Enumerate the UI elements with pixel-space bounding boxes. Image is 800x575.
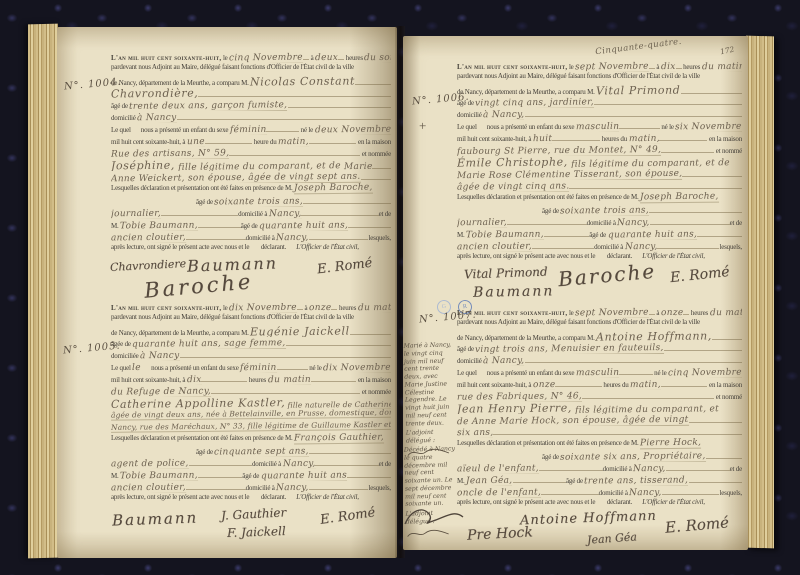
rule-line bbox=[594, 96, 742, 105]
printed-text: heure du bbox=[252, 138, 278, 146]
form-line: agent de police,domicilié à Nancy,et de bbox=[111, 457, 391, 469]
form-line: domicilié à Nancy, bbox=[457, 354, 742, 366]
printed-text: mil huit cent soixante-huit, à bbox=[111, 138, 187, 146]
rule-line bbox=[525, 108, 742, 117]
form-line: journalier,domicilié à Nancy,et de bbox=[457, 216, 742, 228]
printed-text: L'an mil huit cent soixante-huit, bbox=[111, 304, 221, 312]
printed-text: domicilié à bbox=[252, 460, 283, 468]
signature-block: BaumannJ. GauthierE. RoméF. Jaickell bbox=[101, 507, 387, 547]
printed-text: heures du bbox=[600, 135, 628, 143]
handwritten-text: une bbox=[187, 137, 205, 147]
handwritten-text: Nicolas Constant bbox=[250, 75, 355, 87]
form-line: M. Jean Géa,âgé de trente ans, tisserand… bbox=[457, 474, 742, 486]
form-line: après lecture, ont signé le présent acte… bbox=[457, 498, 742, 510]
printed-text: déclarant. bbox=[261, 493, 286, 501]
handwritten-text: soixante trois ans, bbox=[560, 206, 649, 216]
rule-line bbox=[311, 373, 357, 382]
acte-1006: N°. 1006. + L'an mil huit cent soixante-… bbox=[403, 36, 748, 298]
rule-line bbox=[582, 390, 714, 399]
printed-text: Le quel bbox=[111, 126, 131, 134]
printed-text: Le quel bbox=[111, 364, 132, 372]
rule-line bbox=[309, 481, 369, 490]
form-line: Rue des artisans, N° 59, et nommée bbox=[111, 147, 391, 159]
handwritten-text: fille légitime du comparant, et de bbox=[175, 161, 344, 171]
printed-text: domicilié à bbox=[246, 484, 277, 492]
form-line: Jean Henry Pierre, fils légitime du comp… bbox=[457, 402, 742, 414]
handwritten-text: onze bbox=[661, 308, 684, 318]
printed-text: heures bbox=[337, 304, 357, 312]
printed-text: domicilié à bbox=[587, 219, 618, 227]
form-line: pardevant nous Adjoint au Maire, délégué… bbox=[111, 313, 391, 325]
form-line: mil huit cent soixante-huit, à dix heure… bbox=[111, 373, 391, 385]
printed-text: mil huit cent soixante-huit, à bbox=[111, 376, 187, 384]
rule-line bbox=[205, 135, 253, 144]
form-line: Anne Weickert, son épouse, âgée de vingt… bbox=[111, 171, 391, 183]
handwritten-text: Tobie Baumann, bbox=[120, 221, 198, 231]
form-line: domiciliée à Nancy bbox=[111, 349, 391, 361]
rule-line bbox=[659, 132, 707, 141]
printed-text: domicilié bbox=[111, 114, 137, 122]
form-line: Lesquelles déclaration et présentation o… bbox=[457, 192, 742, 204]
handwritten-text: dix bbox=[187, 375, 202, 385]
printed-text: domicilié à bbox=[599, 489, 630, 497]
form-line: âgée de vingt cinq ans. bbox=[457, 180, 742, 192]
printed-text: nous a présenté un enfant du sexe bbox=[487, 123, 576, 131]
printed-text: en la maison bbox=[356, 376, 391, 384]
signature: E. Romé bbox=[669, 264, 730, 286]
page-edges-left bbox=[28, 24, 58, 559]
printed-text: âgé de bbox=[241, 222, 259, 230]
rule-line bbox=[507, 216, 587, 225]
form-line: L'an mil huit cent soixante-huit, le dix… bbox=[111, 301, 391, 313]
rule-line bbox=[229, 147, 360, 156]
handwritten-text: vingt cinq ans, jardinier, bbox=[475, 97, 594, 108]
rule-line bbox=[277, 361, 308, 370]
rule-line bbox=[266, 123, 299, 132]
printed-text: domicilié à bbox=[238, 210, 269, 218]
handwritten-text: faubourg St Pierre, rue du Montet, N° 49… bbox=[457, 145, 661, 156]
form-line: Le quel lenous a présenté un enfant du s… bbox=[111, 361, 391, 373]
signature: E. Romé bbox=[665, 513, 730, 537]
handwritten-text: ancien cloutier, bbox=[111, 483, 186, 493]
handwritten-text: soixante trois ans, bbox=[214, 197, 303, 207]
rule-line bbox=[309, 135, 357, 144]
signature: Jean Géa bbox=[586, 530, 637, 546]
printed-text: heures bbox=[247, 376, 267, 384]
handwritten-text: matin, bbox=[630, 380, 661, 390]
printed-text: M. bbox=[457, 477, 466, 485]
handwritten-text: masculin bbox=[576, 122, 619, 132]
printed-text: Lesquelles déclaration et présentation o… bbox=[111, 434, 294, 442]
printed-text: en la maison bbox=[707, 381, 742, 389]
handwritten-text: agent de police, bbox=[111, 459, 189, 469]
printed-text: de Nancy, département de la Meurthe, a c… bbox=[457, 88, 596, 96]
marriage-margin-note: Marié à Nancy, le vingt cinq juin mil ne… bbox=[403, 341, 458, 458]
handwritten-text: oncle de l'enfant, bbox=[457, 488, 541, 498]
rule-line bbox=[198, 219, 241, 228]
handwritten-text: Marie bbox=[344, 162, 373, 171]
rule-line bbox=[552, 132, 600, 141]
printed-text: lesquels, bbox=[719, 243, 742, 251]
rule-line bbox=[664, 342, 742, 351]
handwritten-text: onze bbox=[309, 303, 332, 313]
rule-line bbox=[619, 366, 652, 375]
signature: E. Romé bbox=[319, 505, 376, 528]
handwritten-text: journalier, bbox=[111, 209, 161, 219]
signature: Pre Hock bbox=[467, 524, 534, 543]
form-line: Le quelnous a présenté un enfant du sexe… bbox=[457, 366, 742, 378]
form-line: rue des Fabriques, N° 46, et nommé bbox=[457, 390, 742, 402]
handwritten-text: Rue des artisans, N° 59, bbox=[111, 148, 229, 159]
rule-line bbox=[355, 76, 391, 85]
handwritten-text: Vital Primond bbox=[596, 84, 681, 96]
form-line: Lesquelles déclaration et présentation o… bbox=[111, 183, 391, 195]
printed-text: Lesquelles déclaration et présentation o… bbox=[457, 193, 640, 201]
printed-text: pardevant nous Adjoint au Maire, délégué… bbox=[457, 72, 700, 80]
form-line: oncle de l'enfant,domicilié à Nancy,lesq… bbox=[457, 486, 742, 498]
rule-line bbox=[288, 99, 391, 108]
form-line: de Nancy, département de la Meurthe, a c… bbox=[111, 75, 391, 87]
form-line: aïeul de l'enfant,domicilié à Nancy,et d… bbox=[457, 462, 742, 474]
rule-line bbox=[347, 469, 391, 478]
handwritten-text: Nancy, bbox=[633, 464, 666, 474]
rule-line bbox=[201, 373, 247, 382]
printed-text: domicilié bbox=[457, 111, 483, 119]
printed-text: lesquels, bbox=[719, 489, 742, 497]
rule-line bbox=[303, 195, 391, 204]
printed-text: domicilié bbox=[457, 357, 483, 365]
rule-line bbox=[662, 486, 720, 495]
form-line: M. Tobie Baumann,âgé de quarante huit an… bbox=[457, 228, 742, 240]
handwritten-text: deux Novembre bbox=[315, 125, 391, 135]
printed-text: heures du bbox=[602, 381, 630, 389]
printed-text: né le bbox=[653, 369, 669, 377]
handwritten-text: rue des Fabriques, N° 46, bbox=[457, 391, 582, 402]
printed-text: âgé de bbox=[196, 198, 214, 206]
printed-text: L'Officier de l'État civil, bbox=[642, 498, 705, 506]
rule-line bbox=[619, 120, 660, 129]
form-line: du Refuge de Nancy, et nommée bbox=[111, 385, 391, 397]
handwritten-text: matin, bbox=[628, 134, 659, 144]
handwritten-text: Nancy, bbox=[276, 233, 309, 243]
handwritten-text: dix bbox=[661, 62, 676, 72]
printed-text: déclarant. bbox=[607, 252, 632, 260]
form-line: pardevant nous Adjoint au Maire, délégué… bbox=[457, 72, 742, 84]
handwritten-text: à Nancy bbox=[137, 113, 177, 123]
form-line: de Nancy, département de la Meurthe, a c… bbox=[457, 84, 742, 96]
form-line: Le quelnous a présenté un enfant du sexe… bbox=[111, 123, 391, 135]
handwritten-text: Anne Weickert, son épouse, âgée de vingt… bbox=[111, 172, 361, 183]
form-line: Nancy, rue des Maréchaux, N° 33, fille l… bbox=[111, 421, 391, 433]
signature: F. Jaickell bbox=[227, 524, 286, 540]
form-line: mil huit cent soixante-huit, à une heure… bbox=[111, 135, 391, 147]
form-line: après lecture, ont signé le présent acte… bbox=[111, 493, 391, 505]
form-line: âgé de soixante six ans, Propriétaire, bbox=[457, 450, 742, 462]
form-line: ancien cloutier,domicilié à Nancy,lesque… bbox=[111, 481, 391, 493]
handwritten-text: ancien cloutier, bbox=[457, 242, 532, 252]
rule-line bbox=[712, 331, 742, 340]
printed-text: Le quel bbox=[457, 369, 477, 377]
form-line: âgé de soixante trois ans, bbox=[111, 195, 391, 207]
printed-text: âgé de bbox=[542, 207, 560, 215]
printed-text: domiciliée bbox=[111, 352, 140, 360]
handwritten-text: du matin, bbox=[702, 62, 742, 72]
form-line: domicilié à Nancy, bbox=[457, 108, 742, 120]
rule-line bbox=[649, 204, 742, 213]
handwritten-text: aïeul de l'enfant, bbox=[457, 464, 539, 474]
handwritten-text: ancien cloutier, bbox=[111, 233, 186, 243]
handwritten-text: à Nancy, bbox=[483, 110, 525, 120]
rule-line bbox=[706, 450, 742, 459]
rule-line bbox=[661, 144, 714, 153]
signature-block: Antoine HoffmannPre HockJean GéaE. Romé bbox=[447, 512, 738, 552]
rule-line bbox=[681, 85, 742, 94]
printed-text: âgé de bbox=[457, 345, 475, 353]
handwritten-text: sept Novembre bbox=[575, 62, 649, 72]
printed-text: en la maison bbox=[356, 138, 391, 146]
rule-line bbox=[544, 228, 589, 237]
printed-text: L'Officier de l'État civil, bbox=[296, 243, 359, 251]
page-edges-right bbox=[746, 36, 774, 549]
printed-text: de Nancy, département de la Meurthe, a c… bbox=[111, 79, 250, 87]
handwritten-text: Joseph Baroche, bbox=[640, 192, 719, 203]
printed-text: après lecture, ont signé le présent acte… bbox=[457, 252, 597, 260]
form-line: Le quelnous a présenté un enfant du sexe… bbox=[457, 120, 742, 132]
printed-text: âgé de bbox=[196, 448, 214, 456]
handwritten-text: à Nancy bbox=[140, 351, 180, 361]
handwritten-text: trente ans, tisserand, bbox=[584, 475, 688, 486]
form-line: âgé de vingt trois ans, Menuisier en fau… bbox=[457, 342, 742, 354]
printed-text: mil huit cent soixante-huit, à bbox=[457, 135, 533, 143]
rule-line bbox=[286, 337, 391, 346]
handwritten-text: fille naturelle de Catherine Kastler, bbox=[285, 399, 391, 409]
form-line: après lecture, ont signé le présent acte… bbox=[457, 252, 742, 264]
handwritten-text: Jean Géa, bbox=[466, 476, 513, 486]
printed-text: et nommée bbox=[360, 150, 391, 158]
handwritten-text: François Gauthier, bbox=[294, 433, 384, 444]
handwritten-text: Nancy, bbox=[269, 209, 302, 219]
rule-line bbox=[177, 111, 391, 120]
form-line: mil huit cent soixante-huit, à onze heur… bbox=[457, 378, 742, 390]
handwritten-text: six Novembre bbox=[675, 122, 742, 132]
rule-line bbox=[211, 385, 360, 394]
rule-line bbox=[657, 240, 719, 249]
handwritten-text: âgée de vingt deux ans, née à Bettelainv… bbox=[111, 409, 391, 421]
form-line: âgée de quarante huit ans, sage femme, bbox=[111, 337, 391, 349]
handwritten-text: dix Novembre bbox=[229, 303, 297, 313]
printed-text: M. bbox=[111, 472, 120, 480]
printed-text: et de bbox=[730, 465, 742, 473]
form-line: Lesquelles déclaration et présentation o… bbox=[457, 438, 742, 450]
rule-line bbox=[348, 219, 391, 228]
acte-1004: N°. 1004. L'an mil huit cent soixante-hu… bbox=[57, 27, 397, 293]
handwritten-text: Pierre Hock, bbox=[640, 438, 701, 449]
margin-cross-mark: + bbox=[419, 118, 426, 134]
handwritten-text: Chavrondière, bbox=[111, 87, 198, 99]
printed-text: âgé de bbox=[111, 102, 129, 110]
printed-text: lesquels, bbox=[368, 234, 391, 242]
form-line: Catherine Appolline Kastler, fille natur… bbox=[111, 397, 391, 409]
printed-text: après lecture, ont signé le présent acte… bbox=[111, 493, 251, 501]
form-line: ancien cloutier,domicilié à Nancy,lesque… bbox=[111, 231, 391, 243]
handwritten-text: trente deux ans, garçon fumiste, bbox=[129, 100, 287, 111]
printed-text: après lecture, ont signé le présent acte… bbox=[457, 498, 597, 506]
printed-text: après lecture, ont signé le présent acte… bbox=[111, 243, 251, 251]
form-line: domicilié à Nancy bbox=[111, 111, 391, 123]
handwritten-text: Nancy, bbox=[629, 488, 662, 498]
form-line: ancien cloutier,domicilié à Nancy,lesque… bbox=[457, 240, 742, 252]
handwritten-text: le bbox=[132, 363, 141, 373]
margin-note-signoff: L'adjoint délégué : bbox=[406, 429, 458, 446]
printed-text: âgé de bbox=[566, 477, 584, 485]
form-line: mil huit cent soixante-huit, à huit heur… bbox=[457, 132, 742, 144]
handwritten-text: du matin bbox=[267, 375, 310, 385]
handwritten-text: masculin bbox=[576, 368, 619, 378]
rule-line bbox=[315, 457, 378, 466]
rule-line bbox=[682, 168, 742, 177]
printed-text: L'Officier de l'État civil, bbox=[296, 493, 359, 501]
handwritten-text: féminin bbox=[240, 363, 277, 373]
printed-text: et de bbox=[730, 219, 742, 227]
printed-text: et de bbox=[379, 210, 391, 218]
handwritten-text: soixante six ans, Propriétaire, bbox=[560, 451, 706, 462]
handwritten-text: Marie Rose Clémentine Tisserant, son épo… bbox=[457, 169, 682, 180]
rule-line bbox=[361, 171, 391, 180]
handwritten-text: du Refuge de Nancy, bbox=[111, 386, 211, 397]
handwritten-text: six ans, bbox=[457, 428, 494, 438]
handwritten-text: du matin, bbox=[709, 308, 742, 318]
rule-line bbox=[198, 469, 242, 478]
printed-text: de Nancy, département de la Meurthe, a c… bbox=[111, 329, 250, 337]
handwritten-text: Tobie Baumann, bbox=[120, 471, 198, 481]
rule-line bbox=[689, 414, 742, 423]
printed-text: nous a présenté un enfant du sexe bbox=[141, 126, 230, 134]
handwritten-text: Catherine Appolline Kastler, bbox=[111, 397, 285, 409]
handwritten-text: fils légitime du comparant, et bbox=[572, 404, 719, 414]
rule-line bbox=[666, 462, 730, 471]
handwritten-text: dix Novembre bbox=[323, 363, 391, 373]
form-line: Chavrondière, bbox=[111, 87, 391, 99]
handwritten-text: matin, bbox=[278, 137, 309, 147]
rule-line bbox=[513, 474, 566, 483]
form-line: pardevant nous Adjoint au Maire, délégué… bbox=[111, 63, 391, 75]
handwritten-text: journalier, bbox=[457, 218, 507, 228]
rule-line bbox=[569, 180, 742, 189]
handwritten-text: huit bbox=[533, 134, 552, 144]
handwritten-text: Joseph Baroche, bbox=[294, 183, 373, 194]
printed-text: pardevant nous Adjoint au Maire, délégué… bbox=[111, 313, 354, 321]
printed-text: pardevant nous Adjoint au Maire, délégué… bbox=[457, 318, 700, 326]
printed-text: et nommée bbox=[360, 388, 391, 396]
form-line: L'an mil huit cent soixante-huit, le sep… bbox=[457, 306, 742, 318]
printed-text: L'an mil huit cent soixante-huit, bbox=[111, 54, 221, 62]
printed-text: L'an mil huit cent soixante-huit, bbox=[457, 63, 567, 71]
handwritten-text: Eugénie Jaickell bbox=[250, 325, 350, 337]
handwritten-text: onze bbox=[533, 380, 556, 390]
handwritten-text: cinq Novembre bbox=[668, 368, 742, 378]
printed-text: âgé de bbox=[589, 231, 607, 239]
printed-text: M. bbox=[457, 231, 466, 239]
printed-text: nous a présenté un enfant du sexe bbox=[151, 364, 240, 372]
signature: Baumann bbox=[112, 509, 199, 530]
printed-text: Lesquelles déclaration et présentation o… bbox=[457, 439, 640, 447]
handwritten-text: Nancy, rue des Maréchaux, N° 33, fille l… bbox=[111, 421, 391, 433]
printed-text: M. bbox=[111, 222, 120, 230]
form-line: M. Tobie Baumann,âgé de quarante huit an… bbox=[111, 469, 391, 481]
rule-line bbox=[697, 228, 742, 237]
printed-text: mil huit cent soixante-huit, à bbox=[457, 381, 533, 389]
page-right: Cinquante-quatre. 172 N°. 1006. + L'an m… bbox=[403, 36, 748, 550]
printed-text: né le bbox=[660, 123, 676, 131]
handwritten-text: de Anne Marie Hock, son épouse, âgée de … bbox=[457, 415, 689, 426]
printed-text: domicilié à bbox=[594, 243, 625, 251]
form-line: âgée de vingt deux ans, née à Bettelainv… bbox=[111, 409, 391, 421]
form-line: Marie Rose Clémentine Tisserant, son épo… bbox=[457, 168, 742, 180]
handwritten-text: deux bbox=[315, 53, 338, 63]
signature: E. Romé bbox=[317, 256, 374, 278]
printed-text: âgé de bbox=[242, 472, 260, 480]
margin-note-text: Marié à Nancy, le vingt cinq juin mil ne… bbox=[403, 341, 451, 427]
form-line: Émile Christophe, fils légitime du compa… bbox=[457, 156, 742, 168]
acte-body: L'an mil huit cent soixante-huit, le sep… bbox=[403, 36, 748, 264]
form-line: âgé de cinquante sept ans, bbox=[111, 445, 391, 457]
rule-line bbox=[180, 349, 391, 358]
handwritten-text: quarante huit ans, sage femme, bbox=[132, 338, 286, 349]
form-line: âgé de soixante trois ans, bbox=[457, 204, 742, 216]
printed-text: heures bbox=[689, 309, 709, 317]
handwritten-text: à Nancy, bbox=[483, 356, 525, 366]
printed-text: pardevant nous Adjoint au Maire, délégué… bbox=[111, 63, 354, 71]
handwritten-text: Jean Henry Pierre, bbox=[457, 402, 572, 414]
rule-line bbox=[309, 231, 369, 240]
handwritten-text: quarante huit ans bbox=[261, 471, 347, 481]
rule-line bbox=[532, 240, 594, 249]
handwritten-text: du soir bbox=[364, 53, 391, 63]
handwritten-text: cinquante sept ans, bbox=[214, 447, 309, 457]
printed-text: Lesquelles déclaration et présentation o… bbox=[111, 184, 294, 192]
handwritten-text: Tobie Baumann, bbox=[466, 230, 544, 240]
handwritten-text: Nancy, bbox=[276, 483, 309, 493]
printed-text: et nommé bbox=[714, 147, 742, 155]
printed-text: déclarant. bbox=[261, 243, 286, 251]
margin-note-text: Décédé à Nancy le quatre décembre mil ne… bbox=[404, 445, 455, 508]
form-line: pardevant nous Adjoint au Maire, délégué… bbox=[457, 318, 742, 330]
printed-text: heures bbox=[682, 63, 702, 71]
signature: Vital Primond bbox=[464, 265, 548, 282]
printed-text: en la maison bbox=[707, 135, 742, 143]
rule-line bbox=[372, 160, 391, 169]
acte-body: L'an mil huit cent soixante-huit, le dix… bbox=[57, 293, 397, 505]
signature: J. Gauthier bbox=[221, 505, 287, 522]
handwritten-text: fils légitime du comparant, et de bbox=[568, 158, 730, 168]
handwritten-text: Nancy, bbox=[617, 218, 650, 228]
rule-line bbox=[309, 445, 391, 454]
form-line: L'an mil huit cent soixante-huit, le sep… bbox=[457, 60, 742, 72]
printed-text: lesquels, bbox=[368, 484, 391, 492]
printed-text: Le quel bbox=[457, 123, 477, 131]
form-line: six ans, bbox=[457, 426, 742, 438]
rule-line bbox=[689, 474, 742, 483]
signature: Antoine Hoffmann bbox=[520, 509, 657, 529]
rule-line bbox=[186, 481, 246, 490]
form-line: de Anne Marie Hock, son épouse, âgée de … bbox=[457, 414, 742, 426]
rule-line bbox=[161, 207, 238, 216]
handwritten-text: cinq Novembre bbox=[229, 53, 303, 63]
handwritten-text: âgée de vingt cinq ans. bbox=[457, 181, 570, 192]
rule-line bbox=[198, 88, 391, 97]
acte-body: L'an mil huit cent soixante-huit, le cin… bbox=[57, 27, 397, 255]
handwritten-text: sept Novembre bbox=[575, 308, 649, 318]
